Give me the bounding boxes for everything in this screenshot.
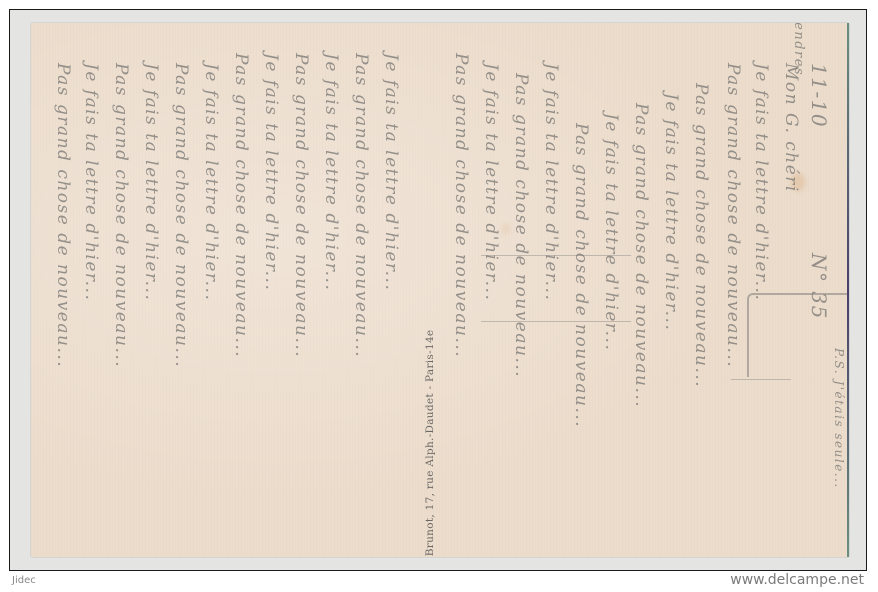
handwriting-line: Pas grand chose de nouveau... [571,123,591,428]
handwriting-line: Mon G. chéri [781,63,801,193]
handwriting-line: Pas grand chose de nouveau... [53,63,73,368]
handwriting-line: Je fais ta lettre d'hier... [601,113,621,351]
handwriting-line: Pas grand chose de nouveau... [691,83,711,388]
handwriting-line: Je fais ta lettre d'hier... [261,53,281,291]
handwriting-closing: Tendres [791,23,806,76]
printer-imprint: H. Brunot, 17, rue Alph.-Daudet - Paris-… [424,330,436,557]
handwriting-line: Pas grand chose de nouveau... [723,63,743,368]
handwriting-line: Je fais ta lettre d'hier... [751,63,771,301]
scan-frame: 11-10 N° 35 Mon G. chéri Je fais ta lett… [9,9,867,571]
handwriting-line: Pas grand chose de nouveau... [291,53,311,358]
handwriting-line: Je fais ta lettre d'hier... [321,53,341,291]
address-line [731,379,791,380]
handwriting-line: Pas grand chose de nouveau... [231,53,251,358]
handwriting-line: Pas grand chose de nouveau... [631,103,651,408]
handwriting-line: Pas grand chose de nouveau... [351,53,371,358]
handwriting-line: Pas grand chose de nouveau... [451,53,471,358]
handwriting-line: Je fais ta lettre d'hier... [541,63,561,301]
address-line [481,255,631,256]
postscript-text: P.S. J'étais seule... [832,348,846,489]
handwriting-line: Je fais ta lettre d'hier... [481,63,501,301]
handwritten-date: 11-10 [807,63,831,128]
handwriting-line: Pas grand chose de nouveau... [511,73,531,378]
handwriting-line: Je fais ta lettre d'hier... [381,53,401,291]
handwriting-line: Pas grand chose de nouveau... [171,63,191,368]
handwriting-line: Je fais ta lettre d'hier... [141,63,161,301]
handwriting-line: Je fais ta lettre d'hier... [81,63,101,301]
address-line [481,321,631,322]
handwriting-line: Je fais ta lettre d'hier... [661,93,681,331]
site-watermark: www.delcampe.net [730,572,864,588]
paper-stain [501,223,511,235]
seller-name: Jidec [12,575,36,586]
handwriting-line: Je fais ta lettre d'hier... [201,63,221,301]
postcard-back: 11-10 N° 35 Mon G. chéri Je fais ta lett… [31,23,849,557]
handwriting-line: Pas grand chose de nouveau... [111,63,131,368]
